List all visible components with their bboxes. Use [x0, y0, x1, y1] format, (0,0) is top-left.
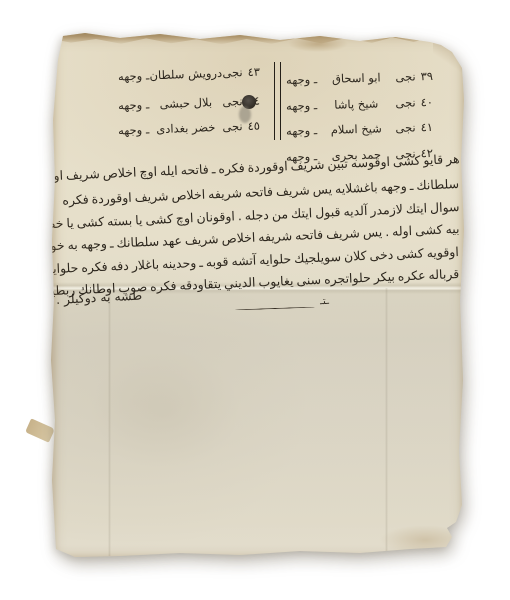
row-name: شيخ پاشا	[334, 96, 378, 111]
row-number: ٤٠	[420, 95, 433, 109]
row-name: بلال حبشى	[159, 95, 212, 111]
row-ordinal-suffix: نجى	[222, 65, 243, 80]
roster-number: ٣٩نجى	[395, 69, 433, 84]
row-ordinal-suffix: نجى	[395, 69, 416, 84]
row-name: خضر بغدادى	[156, 120, 216, 136]
browned-top-edge	[50, 30, 468, 45]
row-ordinal-suffix: نجى	[395, 120, 416, 135]
paper-shadow-wrap: ٣٩نجى ابو اسحاق ـ وجهه ٤٠نجى شيخ پاشا ـ …	[0, 0, 510, 600]
closing-flourish-mark: ـتـ	[320, 296, 330, 308]
row-vejhe: ـ وجهه	[286, 123, 318, 138]
roster-number: ٤٣نجى	[222, 65, 260, 80]
row-vejhe: ـ وجهه	[118, 122, 150, 137]
row-vejhe: ـ وجهه	[286, 72, 318, 87]
row-vejhe: ـ وجهه	[118, 68, 150, 83]
row-ordinal-suffix: نجى	[222, 94, 243, 109]
row-number: ٤٣	[247, 65, 260, 79]
vertical-crease-right	[385, 288, 388, 556]
top-right-corner-fold	[433, 34, 467, 80]
lower-half-tint	[50, 290, 468, 562]
row-name: شيخ اسلام	[331, 121, 382, 136]
roster-row-45: ٤٥نجى خضر بغدادى ـ وجهه	[118, 119, 260, 138]
roster-number: ٤٠نجى	[395, 95, 433, 110]
row-number: ٣٩	[420, 69, 433, 83]
vertical-crease-left	[108, 288, 111, 556]
row-number: ٤٥	[247, 119, 260, 133]
row-number: ٤١	[420, 120, 433, 134]
stain-top-center	[288, 36, 348, 52]
manuscript-page: ٣٩نجى ابو اسحاق ـ وجهه ٤٠نجى شيخ پاشا ـ …	[50, 30, 468, 562]
row-ordinal-suffix: نجى	[395, 95, 416, 110]
row-vejhe: ـ وجهه	[286, 98, 318, 113]
row-vejhe: ـ وجهه	[118, 97, 150, 112]
row-name: درويش سلطان	[149, 66, 222, 83]
roster-number: ٤١نجى	[395, 120, 433, 135]
row-name: ابو اسحاق	[332, 70, 381, 85]
roster-row-40: ٤٠نجى شيخ پاشا ـ وجهه	[286, 95, 433, 113]
column-separator-double-rule	[274, 62, 281, 140]
row-ordinal-suffix: نجى	[222, 119, 243, 134]
photo-stage: ٣٩نجى ابو اسحاق ـ وجهه ٤٠نجى شيخ پاشا ـ …	[0, 0, 510, 600]
roster-row-39: ٣٩نجى ابو اسحاق ـ وجهه	[286, 69, 433, 87]
ink-smudge	[239, 106, 251, 123]
roster-row-41: ٤١نجى شيخ اسلام ـ وجهه	[286, 120, 433, 138]
roster-row-43: ٤٣نجى درويش سلطان ـ وجهه	[118, 65, 260, 84]
